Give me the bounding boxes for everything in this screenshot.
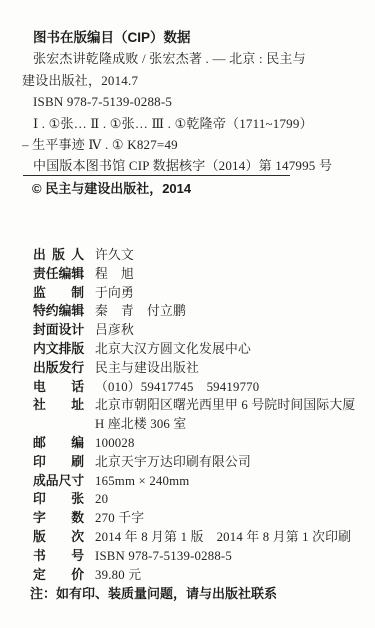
colophon-row: 特约编辑秦 青 付立鹏 [0,302,375,321]
row-label: 字数 [33,509,84,528]
colophon-row: 电话（010）59417745 59419770 [0,378,375,397]
row-label: 社址 [33,396,84,415]
colophon-row: 定价39.80 元 [0,566,375,585]
colophon-row: 内文排版北京大汉方圆文化发展中心 [0,340,375,359]
row-label: 特约编辑 [33,302,84,321]
colophon-row: 出版发行民主与建设出版社 [0,359,375,378]
colophon-row: 邮编100028 [0,434,375,453]
cip-line-title-statement: 张宏杰讲乾隆成败 / 张宏杰著 . — 北京 : 民主与 [0,48,375,69]
colophon-row: 封面设计吕彦秋 [0,321,375,340]
copyright-line: © 民主与建设出版社，2014 [32,180,191,197]
colophon-row: 印张20 [0,490,375,509]
colophon-row: 成品尺寸165mm × 240mm [0,472,375,491]
colophon-row: 书号ISBN 978-7-5139-0288-5 [0,547,375,566]
row-label: 书号 [33,547,84,566]
book-copyright-page: 图书在版编目（CIP）数据 张宏杰讲乾隆成败 / 张宏杰著 . — 北京 : 民… [0,0,375,628]
colophon-row: 版次2014 年 8 月第 1 版 2014 年 8 月第 1 次印刷 [0,528,375,547]
cip-line-record-number: 中国版本图书馆 CIP 数据核字（2014）第 147995 号 [0,155,375,176]
divider-line [23,175,290,176]
cip-title: 图书在版编目（CIP）数据 [0,27,375,48]
cip-line-classification-2: – 生平事迹 Ⅳ . ① K827=49 [0,134,375,155]
row-label: 内文排版 [33,340,84,359]
row-label: 封面设计 [33,321,84,340]
cip-line-classification-1: Ⅰ . ①张… Ⅱ . ①张… Ⅲ . ①乾隆帝（1711~1799） [0,113,375,134]
colophon-table: 出版人许久文责任编辑程 旭监制于向勇特约编辑秦 青 付立鹏封面设计吕彦秋内文排版… [0,246,375,584]
row-label: 监制 [33,284,84,303]
row-label: 出版人 [33,246,84,265]
row-label: 版次 [33,528,84,547]
row-label: 定价 [33,566,84,585]
row-label: 成品尺寸 [33,472,84,491]
note-line: 注：如有印、装质量问题，请与出版社联系 [30,585,277,602]
row-label: 印张 [33,490,84,509]
row-value-line2: H 座北楼 306 室 [0,415,375,434]
colophon-row: 责任编辑程 旭 [0,265,375,284]
cip-line-isbn: ISBN 978-7-5139-0288-5 [0,91,375,112]
colophon-row: 印刷北京天宇万达印刷有限公司 [0,453,375,472]
row-label: 出版发行 [33,359,84,378]
cip-line-publisher-year: 建设出版社，2014.7 [0,70,375,91]
colophon-row: 出版人许久文 [0,246,375,265]
row-label: 印刷 [33,453,84,472]
colophon-row: 监制于向勇 [0,284,375,303]
row-label: 责任编辑 [33,265,84,284]
row-label: 电话 [33,378,84,397]
colophon-row: 字数270 千字 [0,509,375,528]
colophon-row: 社址北京市朝阳区曙光西里甲 6 号院时间国际大厦H 座北楼 306 室 [0,396,375,434]
row-label: 邮编 [33,434,84,453]
cip-block: 图书在版编目（CIP）数据 张宏杰讲乾隆成败 / 张宏杰著 . — 北京 : 民… [0,27,375,177]
